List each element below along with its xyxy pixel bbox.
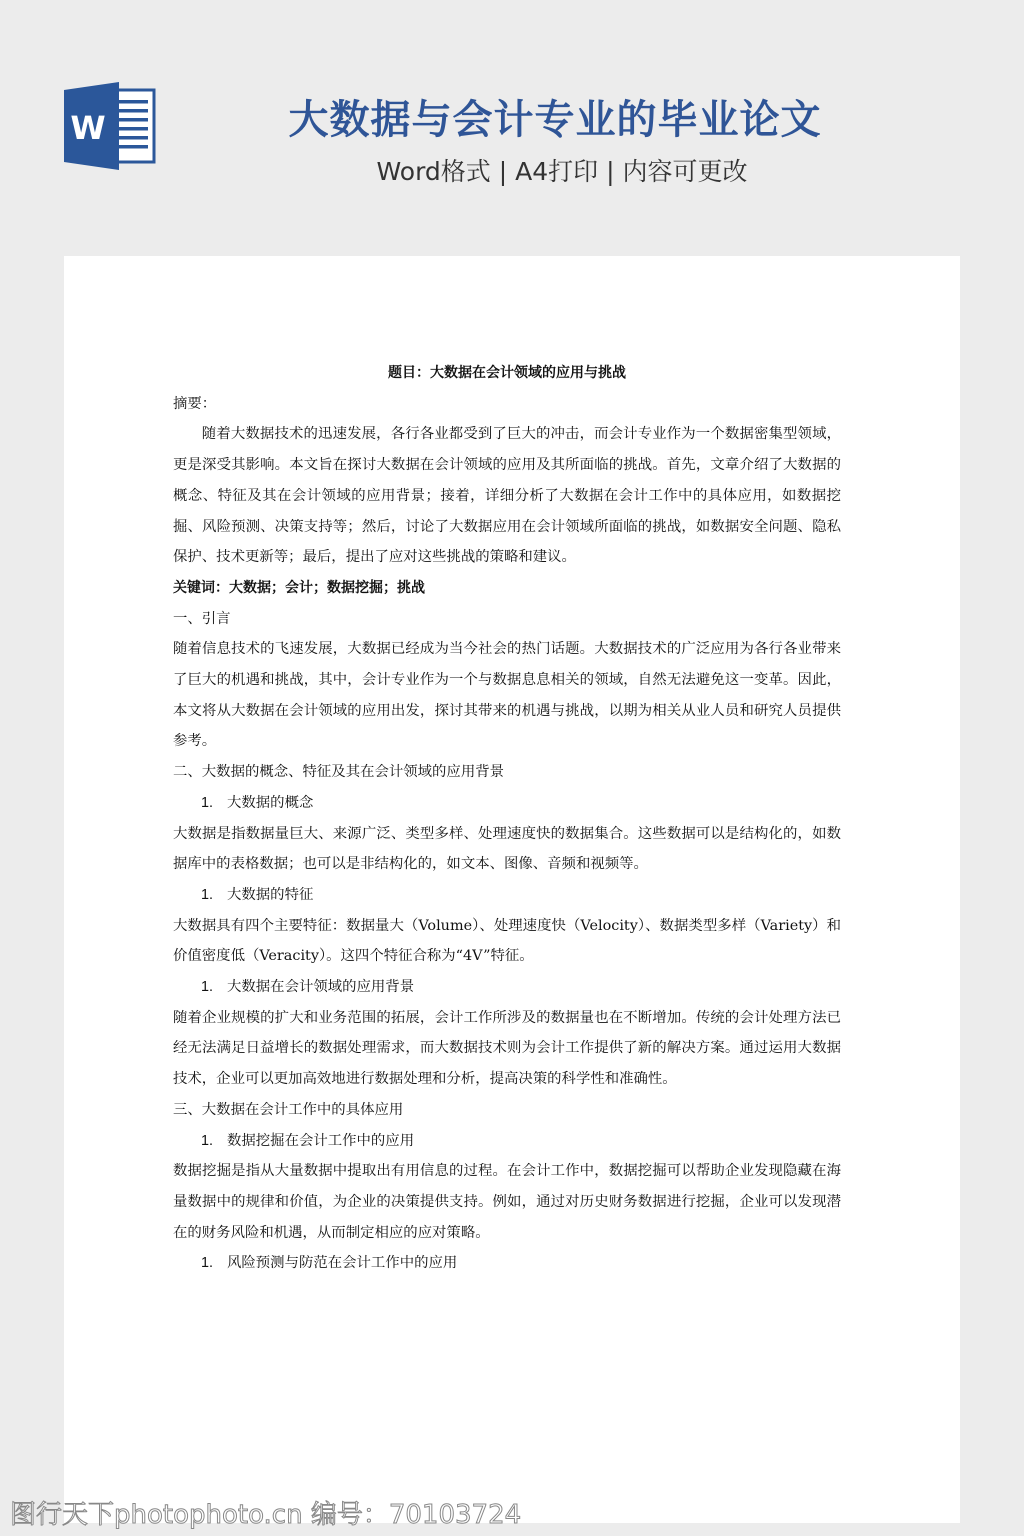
subsection-heading: 1.大数据在会计领域的应用背景 bbox=[173, 972, 841, 1003]
subsection-heading: 1.数据挖掘在会计工作中的应用 bbox=[173, 1126, 841, 1157]
keywords: 关键词：大数据；会计；数据挖掘；挑战 bbox=[173, 573, 841, 604]
section-heading-applications: 三、大数据在会计工作中的具体应用 bbox=[173, 1095, 841, 1126]
subsection-heading: 1.风险预测与防范在会计工作中的应用 bbox=[173, 1248, 841, 1279]
abstract-text: 随着大数据技术的迅速发展，各行各业都受到了巨大的冲击，而会计专业作为一个数据密集… bbox=[173, 419, 841, 573]
paragraph: 随着企业规模的扩大和业务范围的拓展，会计工作所涉及的数据量也在不断增加。传统的会… bbox=[173, 1003, 841, 1095]
document-content: 题目：大数据在会计领域的应用与挑战 摘要： 随着大数据技术的迅速发展，各行各业都… bbox=[173, 358, 841, 1279]
header: W 大数据与会计专业的毕业论文 Word格式 | A4打印 | 内容可更改 bbox=[0, 0, 1024, 256]
document-title: 题目：大数据在会计领域的应用与挑战 bbox=[173, 358, 841, 389]
page-title: 大数据与会计专业的毕业论文 bbox=[0, 88, 1024, 145]
paragraph: 数据挖掘是指从大量数据中提取出有用信息的过程。在会计工作中，数据挖掘可以帮助企业… bbox=[173, 1156, 841, 1248]
paragraph: 大数据具有四个主要特征：数据量大（Volume）、处理速度快（Velocity）… bbox=[173, 911, 841, 972]
subsection-heading: 1.大数据的特征 bbox=[173, 880, 841, 911]
section-text-intro: 随着信息技术的飞速发展，大数据已经成为当今社会的热门话题。大数据技术的广泛应用为… bbox=[173, 634, 841, 757]
page-subtitle: Word格式 | A4打印 | 内容可更改 bbox=[0, 152, 1024, 188]
watermark: 图行天下photophoto.cn 编号：70103724 bbox=[10, 1494, 521, 1531]
paragraph: 大数据是指数据量巨大、来源广泛、类型多样、处理速度快的数据集合。这些数据可以是结… bbox=[173, 819, 841, 880]
document-page: 题目：大数据在会计领域的应用与挑战 摘要： 随着大数据技术的迅速发展，各行各业都… bbox=[64, 256, 960, 1523]
abstract-label: 摘要： bbox=[173, 389, 841, 420]
section-heading-intro: 一、引言 bbox=[173, 604, 841, 635]
subsection-heading: 1.大数据的概念 bbox=[173, 788, 841, 819]
section-heading-concepts: 二、大数据的概念、特征及其在会计领域的应用背景 bbox=[173, 757, 841, 788]
